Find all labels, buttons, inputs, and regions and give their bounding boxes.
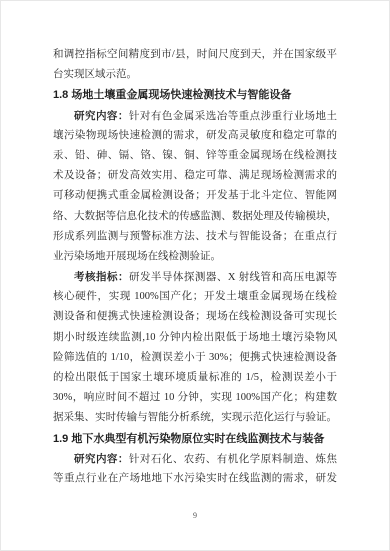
text-line: 研究内容：针对石化、农药、有机化学原料制造、炼焦 xyxy=(53,449,337,469)
text-line: 形成系列监测与预警标准方法、技术与智能设备；在重点行 xyxy=(53,227,337,247)
paragraph-text: 研发半导体探测器、X 射线管和高压电源等 xyxy=(129,272,337,283)
text-line: 可移动便携式重金属检测设备；开发基于北斗定位、智能网 xyxy=(53,186,337,206)
page-number: 9 xyxy=(1,511,389,520)
paragraph-label: 考核指标： xyxy=(74,271,129,283)
document-page: 和调控指标空间精度到市/县，时间尺度到天，并在国家级平 台实现区域示范。 1.8… xyxy=(0,0,390,551)
text-line: 研究内容：针对有色金属采选冶等重点涉重行业场地土 xyxy=(53,106,337,126)
text-line: 据采集、实时传输与智能分析系统，实现示范化运行与验证。 xyxy=(53,408,337,428)
text-line: 和调控指标空间精度到市/县，时间尺度到天，并在国家级平 xyxy=(53,45,337,65)
text-line: 壤污染物现场快速检测的需求，研发高灵敏度和稳定可靠的 xyxy=(53,126,337,146)
text-line: 险筛选值的 1/10，检测误差小于 30%；便携式快速检测设备 xyxy=(53,348,337,368)
text-line: 汞、铅、砷、镉、铬、镍、铜、锌等重金属现场在线检测技 xyxy=(53,146,337,166)
section-heading-1-9: 1.9 地下水典型有机污染物原位实时在线监测技术与装备 xyxy=(53,429,337,449)
paragraph-label: 研究内容： xyxy=(74,453,129,465)
text-line: 的检出限低于国家土壤环境质量标准的 1/5，检测误差小于 xyxy=(53,368,337,388)
paragraph-text: 针对石化、农药、有机化学原料制造、炼焦 xyxy=(129,454,337,465)
text-line: 核心硬件，实现 100%国产化；开发土壤重金属现场在线检 xyxy=(53,287,337,307)
text-line: 测设备和便携式快速检测设备；现场在线检测设备可实现长 xyxy=(53,307,337,327)
text-line: 术及设备；研发高效实用、稳定可靠、满足现场检测需求的 xyxy=(53,166,337,186)
paragraph-text: 针对有色金属采选冶等重点涉重行业场地土 xyxy=(129,111,337,122)
text-line: 络、大数据等信息化技术的传感监测、数据处理及传输模块， xyxy=(53,207,337,227)
text-line: 考核指标：研发半导体探测器、X 射线管和高压电源等 xyxy=(53,267,337,287)
text-line: 期小时级连续监测,10 分钟内检出限低于场地土壤污染物风 xyxy=(53,328,337,348)
text-line: 台实现区域示范。 xyxy=(53,65,337,85)
text-line: 业污染场地开展现场在线检测验证。 xyxy=(53,247,337,267)
text-line: 30%，响应时间不超过 10 分钟，实现 100%国产化；构建数 xyxy=(53,388,337,408)
text-line: 等重点行业在产场地地下水污染实时在线监测的需求，研发 xyxy=(53,469,337,489)
paragraph-label: 研究内容： xyxy=(74,110,129,122)
section-heading-1-8: 1.8 场地土壤重金属现场快速检测技术与智能设备 xyxy=(53,85,337,105)
